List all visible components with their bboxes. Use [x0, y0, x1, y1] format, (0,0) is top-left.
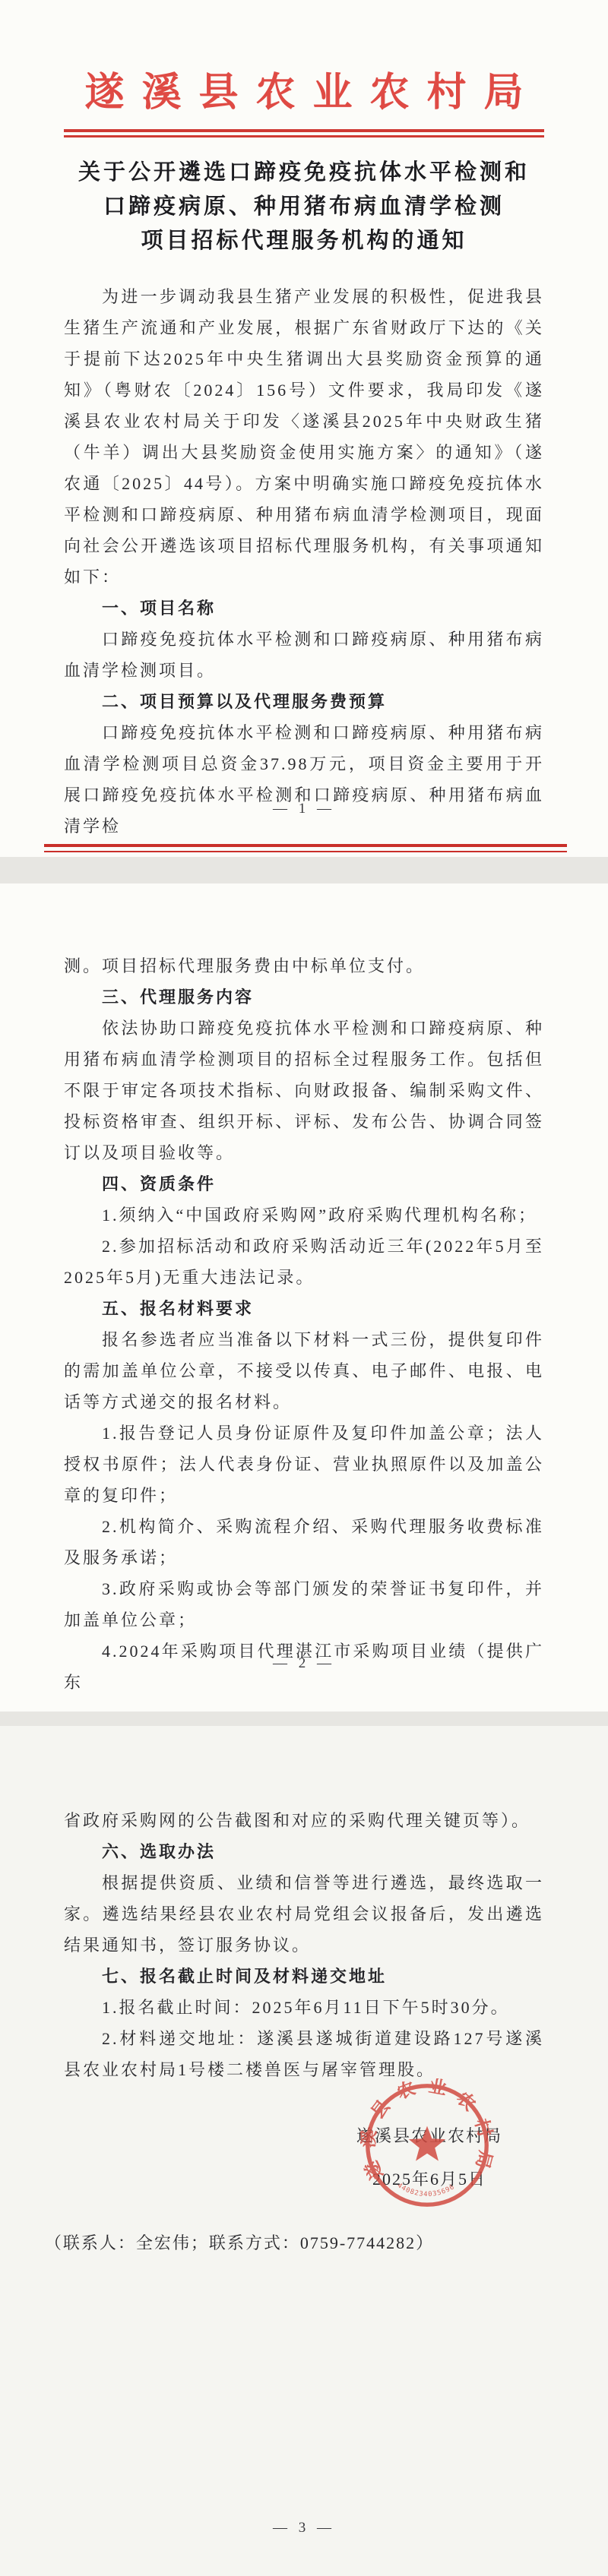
section-3-body: 依法协助口蹄疫免疫抗体水平检测和口蹄疫病原、种用猪布病血清学检测项目的招标全过程…: [64, 1013, 544, 1168]
title-line-1: 关于公开遴选口蹄疫免疫抗体水平检测和: [0, 156, 608, 190]
section-5-item-2: 2.机构简介、采购流程介绍、采购代理服务收费标准及服务承诺；: [64, 1511, 544, 1573]
section-7-heading: 七、报名截止时间及材料递交地址: [64, 1961, 544, 1992]
section-4-heading: 四、资质条件: [64, 1168, 544, 1199]
section-2-heading: 二、项目预算以及代理服务费预算: [64, 686, 544, 717]
title-line-3: 项目招标代理服务机构的通知: [0, 224, 608, 258]
page-number-2: — 2 —: [0, 1655, 608, 1672]
seal-star-icon: [409, 2126, 445, 2161]
official-seal: 遂溪县农业农村局 4408234035696: [360, 2078, 494, 2212]
page1-body: 为进一步调动我县生猪产业发展的积极性，促进我县生猪生产流通和产业发展，根据广东省…: [64, 281, 544, 852]
section-7-item-2: 2.材料递交地址：遂溪县遂城街道建设路127号遂溪县农业农村局1号楼二楼兽医与屠…: [64, 2023, 544, 2085]
document: 遂溪县农业农村局 关于公开遴选口蹄疫免疫抗体水平检测和 口蹄疫病原、种用猪布病血…: [0, 0, 608, 2576]
intro-paragraph: 为进一步调动我县生猪产业发展的积极性，促进我县生猪生产流通和产业发展，根据广东省…: [64, 281, 544, 593]
section-5-item-3: 3.政府采购或协会等部门颁发的荣誉证书复印件，并加盖单位公章；: [64, 1573, 544, 1636]
section-5-heading: 五、报名材料要求: [64, 1293, 544, 1324]
page-3: 省政府采购网的公告截图和对应的采购代理关键页等）。 六、选取办法 根据提供资质、…: [0, 1726, 608, 2576]
document-title: 关于公开遴选口蹄疫免疫抗体水平检测和 口蹄疫病原、种用猪布病血清学检测 项目招标…: [0, 156, 608, 258]
section-3-heading: 三、代理服务内容: [64, 981, 544, 1013]
title-line-2: 口蹄疫病原、种用猪布病血清学检测: [0, 190, 608, 224]
contact-line: （联系人：全宏伟；联系方式：0759-7744282）: [8, 2230, 471, 2254]
section-4-item-2: 2.参加招标活动和政府采购活动近三年(2022年5月至2025年5月)无重大违法…: [64, 1231, 544, 1293]
section-2-body-continuation: 测。项目招标代理服务费由中标单位支付。: [64, 950, 544, 981]
page-1: 遂溪县农业农村局 关于公开遴选口蹄疫免疫抗体水平检测和 口蹄疫病原、种用猪布病血…: [0, 0, 608, 857]
section-1-body: 口蹄疫免疫抗体水平检测和口蹄疫病原、种用猪布病血清学检测项目。: [64, 624, 544, 686]
seal-number: 4408234035696: [396, 2182, 456, 2198]
red-double-underline: [44, 844, 567, 852]
section-2-body: 口蹄疫免疫抗体水平检测和口蹄疫病原、种用猪布病血清学检测项目总资金37.98万元…: [64, 717, 544, 842]
letterhead-agency-name: 遂溪县农业农村局: [0, 0, 608, 117]
section-5-intro: 报名参选者应当准备以下材料一式三份，提供复印件的需加盖单位公章，不接受以传真、电…: [64, 1324, 544, 1418]
page-number-1: — 1 —: [0, 801, 608, 817]
letterhead-divider: [64, 129, 544, 137]
section-5-item-1: 1.报告登记人员身份证原件及复印件加盖公章；法人授权书原件；法人代表身份证、营业…: [64, 1418, 544, 1511]
page-2: 测。项目招标代理服务费由中标单位支付。 三、代理服务内容 依法协助口蹄疫免疫抗体…: [0, 883, 608, 1712]
section-7-item-1: 1.报名截止时间：2025年6月11日下午5时30分。: [64, 1992, 544, 2023]
page3-body: 省政府采购网的公告截图和对应的采购代理关键页等）。 六、选取办法 根据提供资质、…: [64, 1749, 544, 2085]
section-6-body: 根据提供资质、业绩和信誉等进行遴选，最终选取一家。遴选结果经县农业农村局党组会议…: [64, 1867, 544, 1961]
section-5-item-4-continuation: 省政府采购网的公告截图和对应的采购代理关键页等）。: [64, 1805, 544, 1836]
section-6-heading: 六、选取办法: [64, 1836, 544, 1867]
page2-body: 测。项目招标代理服务费由中标单位支付。 三、代理服务内容 依法协助口蹄疫免疫抗体…: [64, 906, 544, 1698]
section-1-heading: 一、项目名称: [64, 593, 544, 624]
section-4-item-1: 1.须纳入“中国政府采购网”政府采购代理机构名称；: [64, 1199, 544, 1231]
page-number-3: — 3 —: [0, 2520, 608, 2536]
